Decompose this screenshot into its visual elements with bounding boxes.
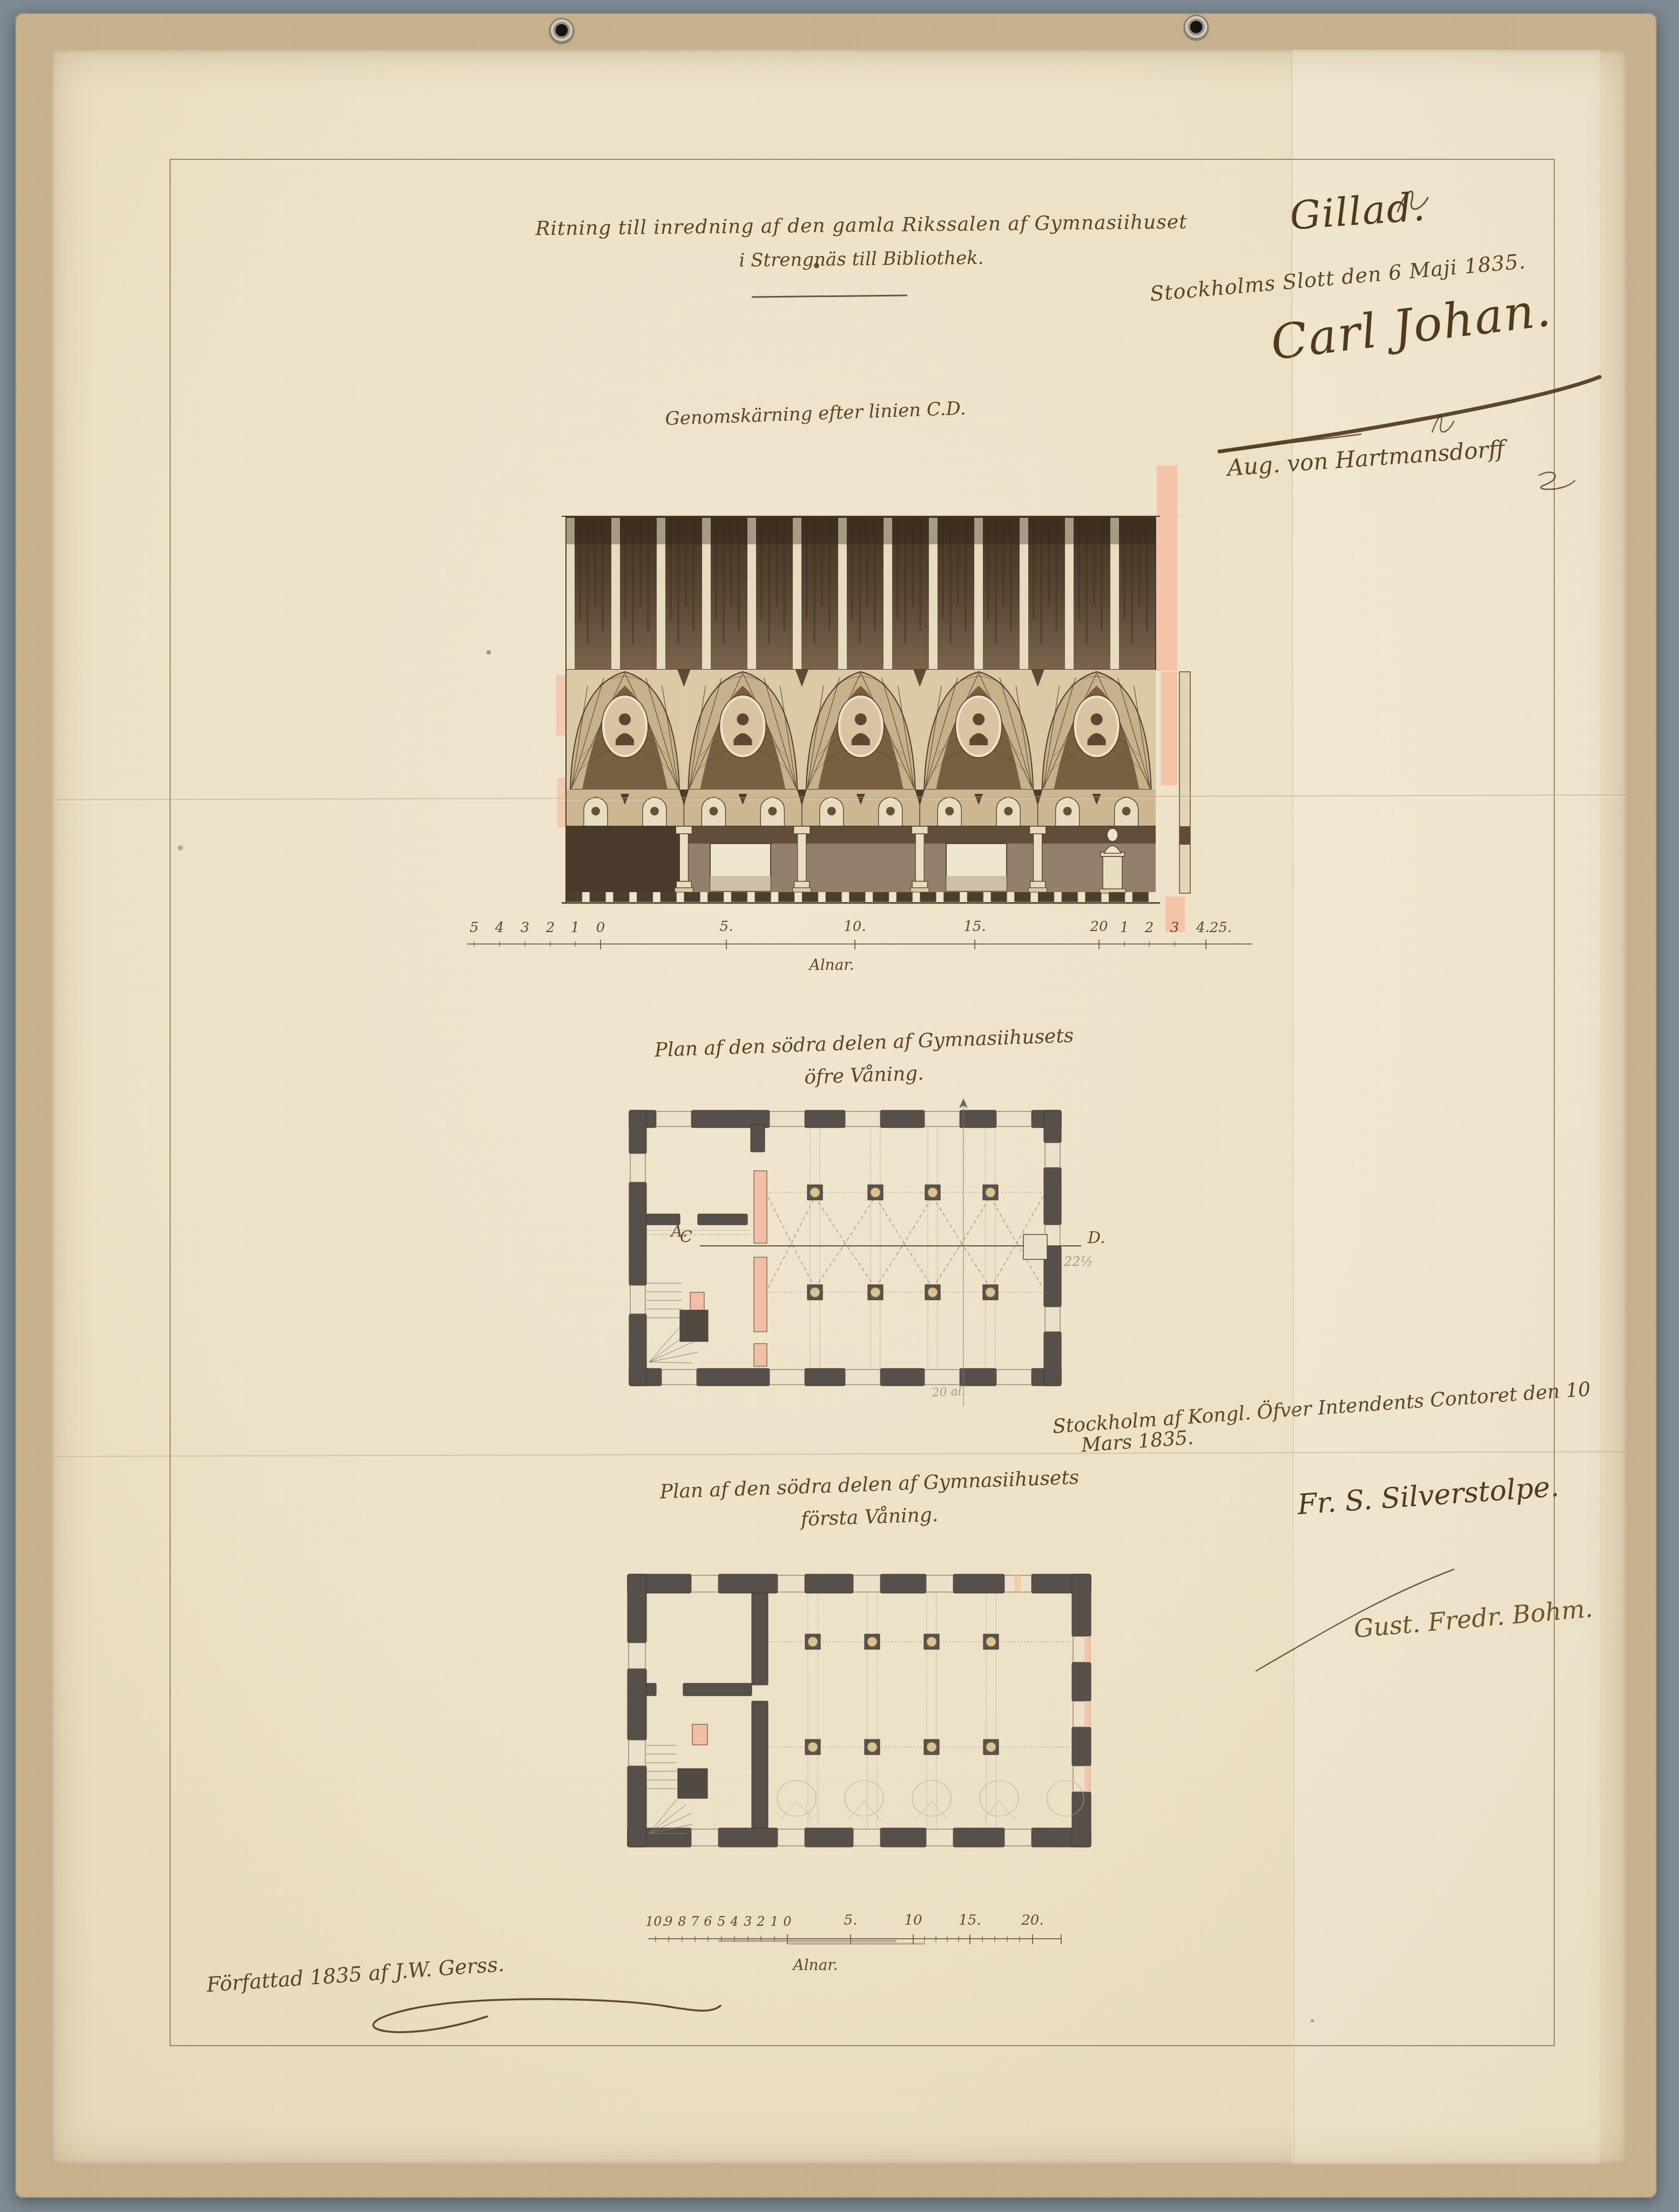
svg-text:3: 3 (521, 920, 530, 936)
svg-text:4.25.: 4.25. (1196, 920, 1232, 936)
cross-section-drawing: 5 4 3 2 1 0 5. 10. 15. 20 1 2 3 4.25. Al… (459, 454, 1258, 999)
svg-text:1: 1 (1120, 920, 1129, 936)
scanned-architectural-drawing: { "artwork": { "title_line1": "Ritning t… (0, 0, 1679, 2212)
section-vault-bays (566, 670, 1156, 826)
plan1-walls (629, 1110, 1061, 1386)
svg-text:3: 3 (744, 1914, 752, 1929)
upper-floor-plan: A. C D. 22½ 20 al. (610, 1091, 1156, 1415)
section-scale-bar (467, 940, 1252, 949)
svg-text:4: 4 (730, 1914, 738, 1929)
lower-floor-plan (610, 1555, 1156, 1869)
plan2-stair (646, 1745, 707, 1833)
section-scale-labels: 5 4 3 2 1 0 5. 10. 15. 20 1 2 3 4.25. Al… (470, 919, 1232, 974)
svg-text:0: 0 (596, 920, 605, 936)
plan-scale-bar: 10. 9 8 7 6 5 4 3 2 1 0 5. 10 15. 20. Al… (637, 1901, 1080, 1987)
svg-text:20: 20 (1089, 919, 1108, 935)
svg-text:1: 1 (571, 920, 580, 936)
svg-text:5.: 5. (720, 919, 733, 935)
svg-text:2: 2 (545, 920, 555, 936)
svg-text:5.: 5. (844, 1912, 858, 1928)
grommet-right-icon (1184, 15, 1209, 39)
plan2-pencil-guides (808, 1593, 996, 1828)
plan1-label-d: D. (1087, 1229, 1105, 1247)
plan1-columns (807, 1185, 998, 1300)
svg-text:10: 10 (904, 1912, 922, 1928)
svg-text:Alnar.: Alnar. (807, 956, 854, 974)
svg-text:2: 2 (1144, 920, 1154, 936)
plan1-pencil-note: 20 al. (931, 1385, 966, 1400)
svg-text:3: 3 (1170, 920, 1179, 936)
plan2-walls (628, 1574, 1091, 1847)
svg-text:2: 2 (756, 1914, 765, 1929)
plan1-north-line (959, 1098, 968, 1406)
approval-verdict: Gillad. (1289, 185, 1427, 238)
svg-text:5: 5 (470, 920, 479, 936)
plan1-window-openings (630, 1111, 1060, 1385)
plan2-window-openings (629, 1575, 1090, 1846)
svg-text:10.: 10. (645, 1914, 666, 1929)
svg-text:15.: 15. (959, 1912, 981, 1928)
svg-text:4: 4 (495, 920, 504, 936)
plan2-columns (805, 1634, 999, 1755)
grommet-left-icon (549, 18, 574, 43)
svg-text:8: 8 (678, 1914, 686, 1929)
svg-text:10.: 10. (844, 919, 866, 935)
svg-text:6: 6 (704, 1914, 712, 1929)
svg-text:15.: 15. (963, 919, 986, 935)
svg-text:7: 7 (691, 1914, 699, 1929)
svg-text:1: 1 (770, 1914, 778, 1929)
section-attic-band (562, 516, 1160, 670)
svg-text:20.: 20. (1021, 1912, 1043, 1928)
plan2-pencil-vault-circles (777, 1781, 1084, 1820)
svg-text:0: 0 (783, 1914, 791, 1929)
plan1-pencil-width: 22½ (1063, 1254, 1093, 1269)
svg-text:Alnar.: Alnar. (791, 1956, 838, 1974)
svg-text:5: 5 (717, 1914, 725, 1929)
plan1-label-c: C (680, 1228, 692, 1246)
svg-text:9: 9 (664, 1914, 672, 1929)
